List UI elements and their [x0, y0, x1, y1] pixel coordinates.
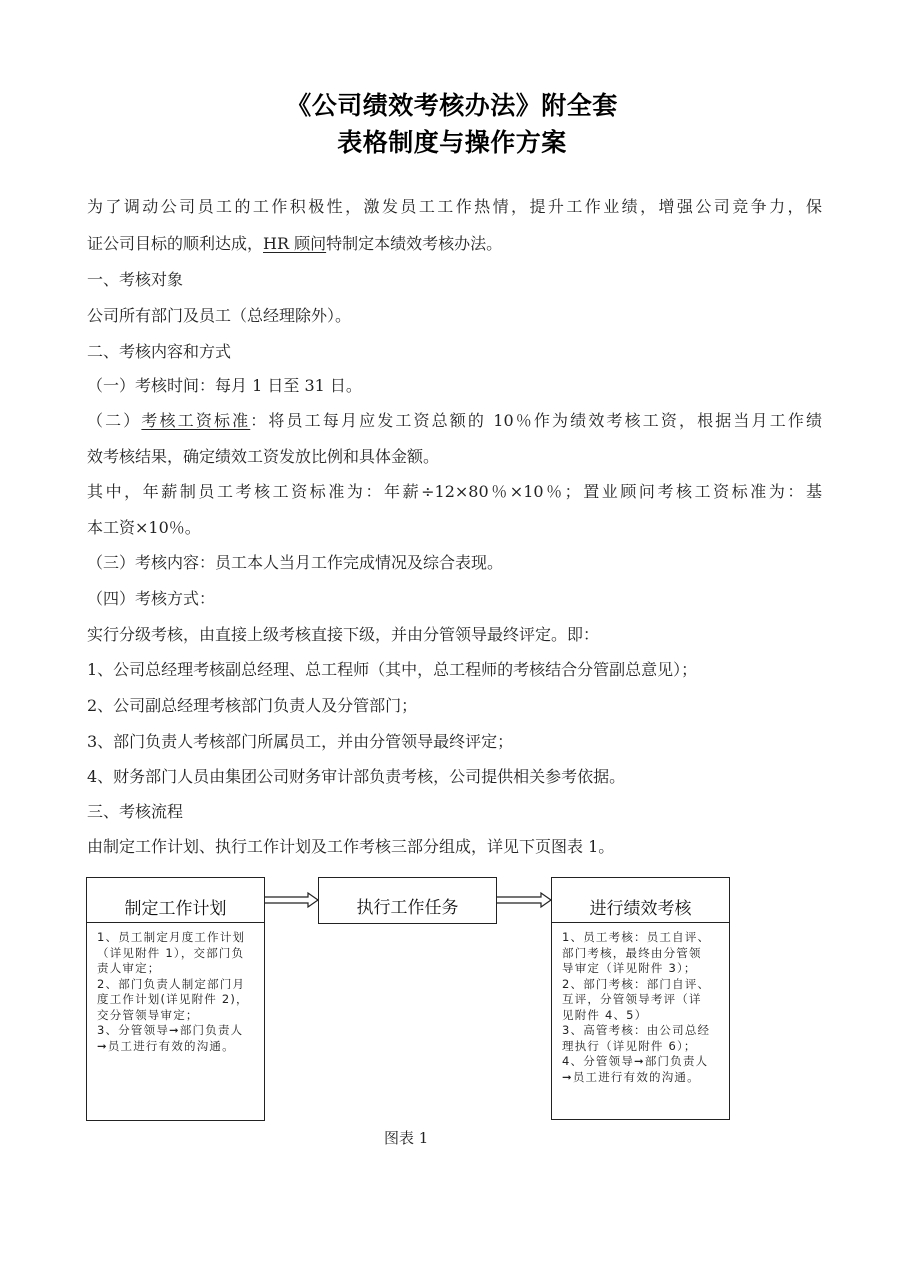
intro-line2: 证公司目标的顺利达成，HR 顾问特制定本绩效考核办法。 — [87, 234, 822, 254]
arrow-right-icon — [496, 891, 553, 909]
s2-item2-rest: ：将员工每月应发工资总额的 10％作为绩效考核工资，根据当月工作绩 — [250, 411, 822, 430]
plan-line: 度工作计划(详见附件 2)， — [97, 992, 258, 1008]
evaluate-line: 互评，分管领导考评（详 — [562, 992, 723, 1008]
document-title-line2: 表格制度与操作方案 — [0, 123, 904, 159]
plan-line: 1、员工制定月度工作计划 — [97, 930, 258, 946]
s2-formula-line2: 本工资×10％。 — [87, 518, 822, 538]
plan-line: （详见附件 1），交部门负 — [97, 946, 258, 962]
hr-consultant-link[interactable]: HR 顾问 — [263, 234, 326, 253]
flow-box-evaluate-body: 1、员工考核：员工自评、 部门考核，最终由分管领 导审定（详见附件 3）； 2、… — [562, 930, 723, 1085]
s2-list-item-3: 3、部门负责人考核部门所属员工，并由分管领导最终评定； — [87, 732, 822, 752]
document-title-line1: 《公司绩效考核办法》附全套 — [0, 86, 904, 122]
s2-item2-line1: （二）考核工资标准：将员工每月应发工资总额的 10％作为绩效考核工资，根据当月工… — [87, 411, 822, 431]
s2-method: 实行分级考核，由直接上级考核直接下级，并由分管领导最终评定。即： — [87, 625, 822, 645]
s2-item4: （四）考核方式： — [87, 589, 822, 609]
flow-box-evaluate: 进行绩效考核 1、员工考核：员工自评、 部门考核，最终由分管领 导审定（详见附件… — [551, 877, 730, 1120]
s2-item1: （一）考核时间：每月 1 日至 31 日。 — [87, 376, 822, 396]
flow-box-evaluate-title: 进行绩效考核 — [552, 878, 729, 923]
plan-line: ➞员工进行有效的沟通。 — [97, 1039, 258, 1055]
intro-line2-post: 特制定本绩效考核办法。 — [326, 234, 502, 253]
s2-list-item-1: 1、公司总经理考核副总经理、总工程师（其中，总工程师的考核结合分管副总意见）； — [87, 660, 822, 680]
s2-item3: （三）考核内容：员工本人当月工作完成情况及综合表现。 — [87, 553, 822, 573]
evaluate-line: ➞员工进行有效的沟通。 — [562, 1070, 723, 1086]
flow-box-plan: 制定工作计划 1、员工制定月度工作计划 （详见附件 1），交部门负 责人审定； … — [86, 877, 265, 1121]
s2-formula-line1: 其中，年薪制员工考核工资标准为：年薪÷12×80％×10％；置业顾问考核工资标准… — [87, 482, 822, 502]
evaluate-line: 4、分管领导➞部门负责人 — [562, 1054, 723, 1070]
section2-heading: 二、考核内容和方式 — [87, 342, 822, 362]
section1-heading: 一、考核对象 — [87, 270, 822, 290]
plan-line: 3、分管领导➞部门负责人 — [97, 1023, 258, 1039]
plan-line: 责人审定； — [97, 961, 258, 977]
flow-box-execute: 执行工作任务 — [318, 877, 497, 924]
evaluate-line: 理执行（详见附件 6）； — [562, 1039, 723, 1055]
s2-item2-line2: 效考核结果，确定绩效工资发放比例和具体金额。 — [87, 447, 822, 467]
arrow-right-icon — [264, 891, 320, 909]
figure-caption: 图表 1 — [384, 1127, 428, 1148]
evaluate-line: 2、部门考核：部门自评、 — [562, 977, 723, 993]
intro-line1: 为了调动公司员工的工作积极性，激发员工工作热情，提升工作业绩，增强公司竞争力，保 — [87, 197, 822, 217]
evaluate-line: 1、员工考核：员工自评、 — [562, 930, 723, 946]
evaluate-line: 见附件 4、5） — [562, 1008, 723, 1024]
evaluate-line: 3、高管考核：由公司总经 — [562, 1023, 723, 1039]
plan-line: 2、部门负责人制定部门月 — [97, 977, 258, 993]
section3-heading: 三、考核流程 — [87, 802, 822, 822]
wage-standard-link[interactable]: 考核工资标准 — [141, 411, 250, 430]
s2-item2-prefix: （二） — [87, 411, 141, 430]
s2-list-item-4: 4、财务部门人员由集团公司财务审计部负责考核，公司提供相关参考依据。 — [87, 767, 822, 787]
flow-box-plan-title: 制定工作计划 — [87, 878, 264, 923]
plan-line: 交分管领导审定； — [97, 1008, 258, 1024]
section1-text: 公司所有部门及员工（总经理除外）。 — [87, 306, 822, 326]
s2-list-item-2: 2、公司副总经理考核部门负责人及分管部门； — [87, 696, 822, 716]
flow-box-plan-body: 1、员工制定月度工作计划 （详见附件 1），交部门负 责人审定； 2、部门负责人… — [97, 930, 258, 1054]
evaluate-line: 导审定（详见附件 3）； — [562, 961, 723, 977]
evaluate-line: 部门考核，最终由分管领 — [562, 946, 723, 962]
intro-line2-pre: 证公司目标的顺利达成， — [87, 234, 263, 253]
section3-text: 由制定工作计划、执行工作计划及工作考核三部分组成，详见下页图表 1。 — [87, 837, 822, 857]
